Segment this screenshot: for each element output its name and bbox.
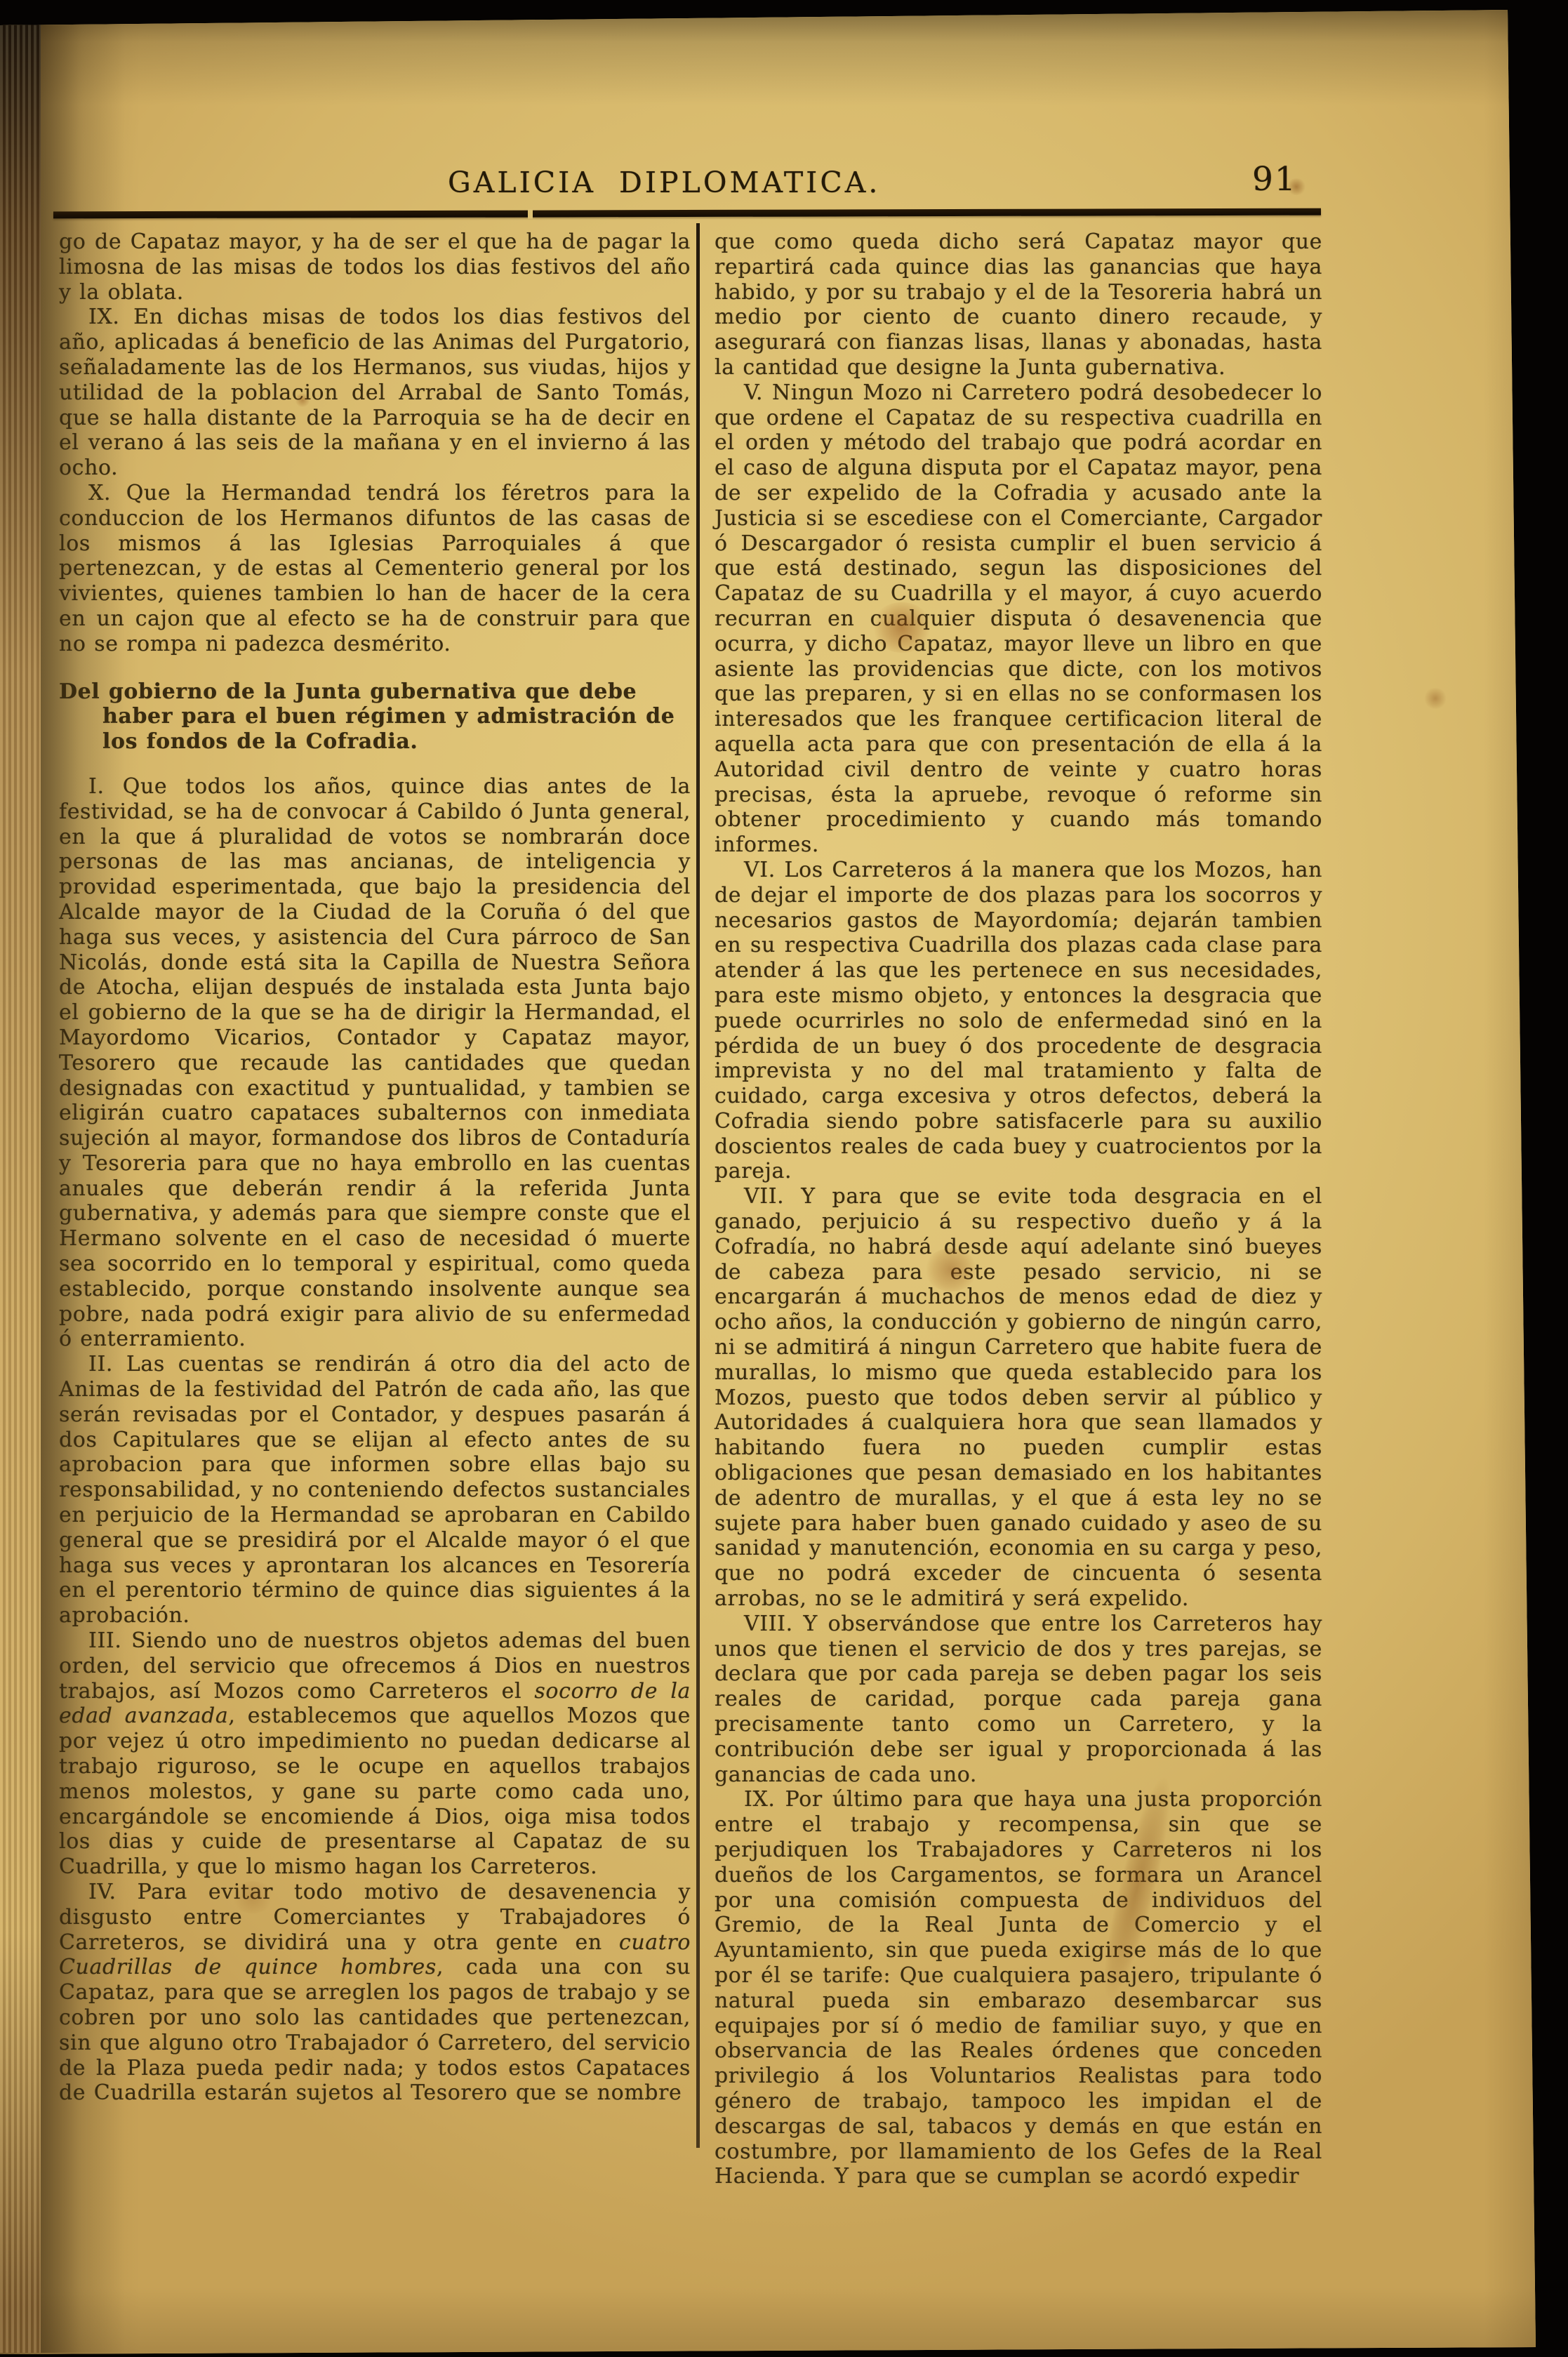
text-run: IV. Para evitar todo motivo de desavenen… (59, 1880, 691, 1955)
scanned-book-photo: GALICIA DIPLOMATICA. 91 go de Capataz ma… (0, 0, 1568, 2357)
text-run: V. Ningun Mozo ni Carretero podrá desobe… (715, 380, 1322, 857)
paragraph: go de Capataz mayor, y ha de ser el que … (59, 230, 691, 305)
text-column-right: que como queda dicho será Capataz mayor … (715, 230, 1322, 2189)
paragraph: V. Ningun Mozo ni Carretero podrá desobe… (715, 380, 1322, 858)
text-run: IX. Por último para que haya una justa p… (715, 1787, 1322, 2189)
text-run: X. Que la Hermandad tendrá los féretros … (59, 481, 691, 656)
text-run: go de Capataz mayor, y ha de ser el que … (59, 230, 691, 305)
text-run: que como queda dicho será Capataz mayor … (715, 230, 1322, 380)
page-number: 91 (1252, 160, 1297, 199)
paragraph: X. Que la Hermandad tendrá los féretros … (59, 481, 691, 657)
paragraph: VIII. Y observándose que entre los Carre… (715, 1612, 1322, 1788)
section-heading: Del gobierno de la Junta gubernativa que… (59, 679, 691, 755)
paragraph: III. Siendo uno de nuestros objetos adem… (59, 1628, 691, 1880)
paragraph: I. Que todos los años, quince dias antes… (59, 774, 691, 1352)
text-run: VII. Y para que se evite toda desgracia … (715, 1184, 1322, 1611)
paragraph: VI. Los Carreteros á la manera que los M… (715, 858, 1322, 1184)
column-divider-rule (696, 223, 700, 2148)
paragraph: que como queda dicho será Capataz mayor … (715, 230, 1322, 380)
book-page-edges (0, 21, 41, 2353)
text-run: Del gobierno de la Junta gubernativa que… (59, 679, 675, 755)
paragraph: IV. Para evitar todo motivo de desavenen… (59, 1880, 691, 2106)
paragraph: VII. Y para que se evite toda desgracia … (715, 1184, 1322, 1612)
header-rule-gap (528, 209, 533, 219)
paragraph: II. Las cuentas se rendirán á otro dia d… (59, 1352, 691, 1628)
paper-stain (1423, 688, 1447, 709)
text-run: IX. En dichas misas de todos los dias fe… (59, 305, 691, 480)
text-run: VI. Los Carreteros á la manera que los M… (715, 858, 1322, 1184)
header-rule (53, 208, 1321, 219)
text-column-left: go de Capataz mayor, y ha de ser el que … (59, 230, 691, 2106)
text-run: , establecemos que aquellos Mozos que po… (59, 1704, 691, 1879)
paragraph: IX. Por último para que haya una justa p… (715, 1787, 1322, 2189)
book-page: GALICIA DIPLOMATICA. 91 go de Capataz ma… (0, 0, 1568, 2357)
paragraph: IX. En dichas misas de todos los dias fe… (59, 305, 691, 481)
text-run: VIII. Y observándose que entre los Carre… (715, 1612, 1322, 1787)
page-title: GALICIA DIPLOMATICA. (448, 166, 880, 199)
text-run: II. Las cuentas se rendirán á otro dia d… (59, 1352, 691, 1628)
text-run: I. Que todos los años, quince dias antes… (59, 774, 691, 1352)
